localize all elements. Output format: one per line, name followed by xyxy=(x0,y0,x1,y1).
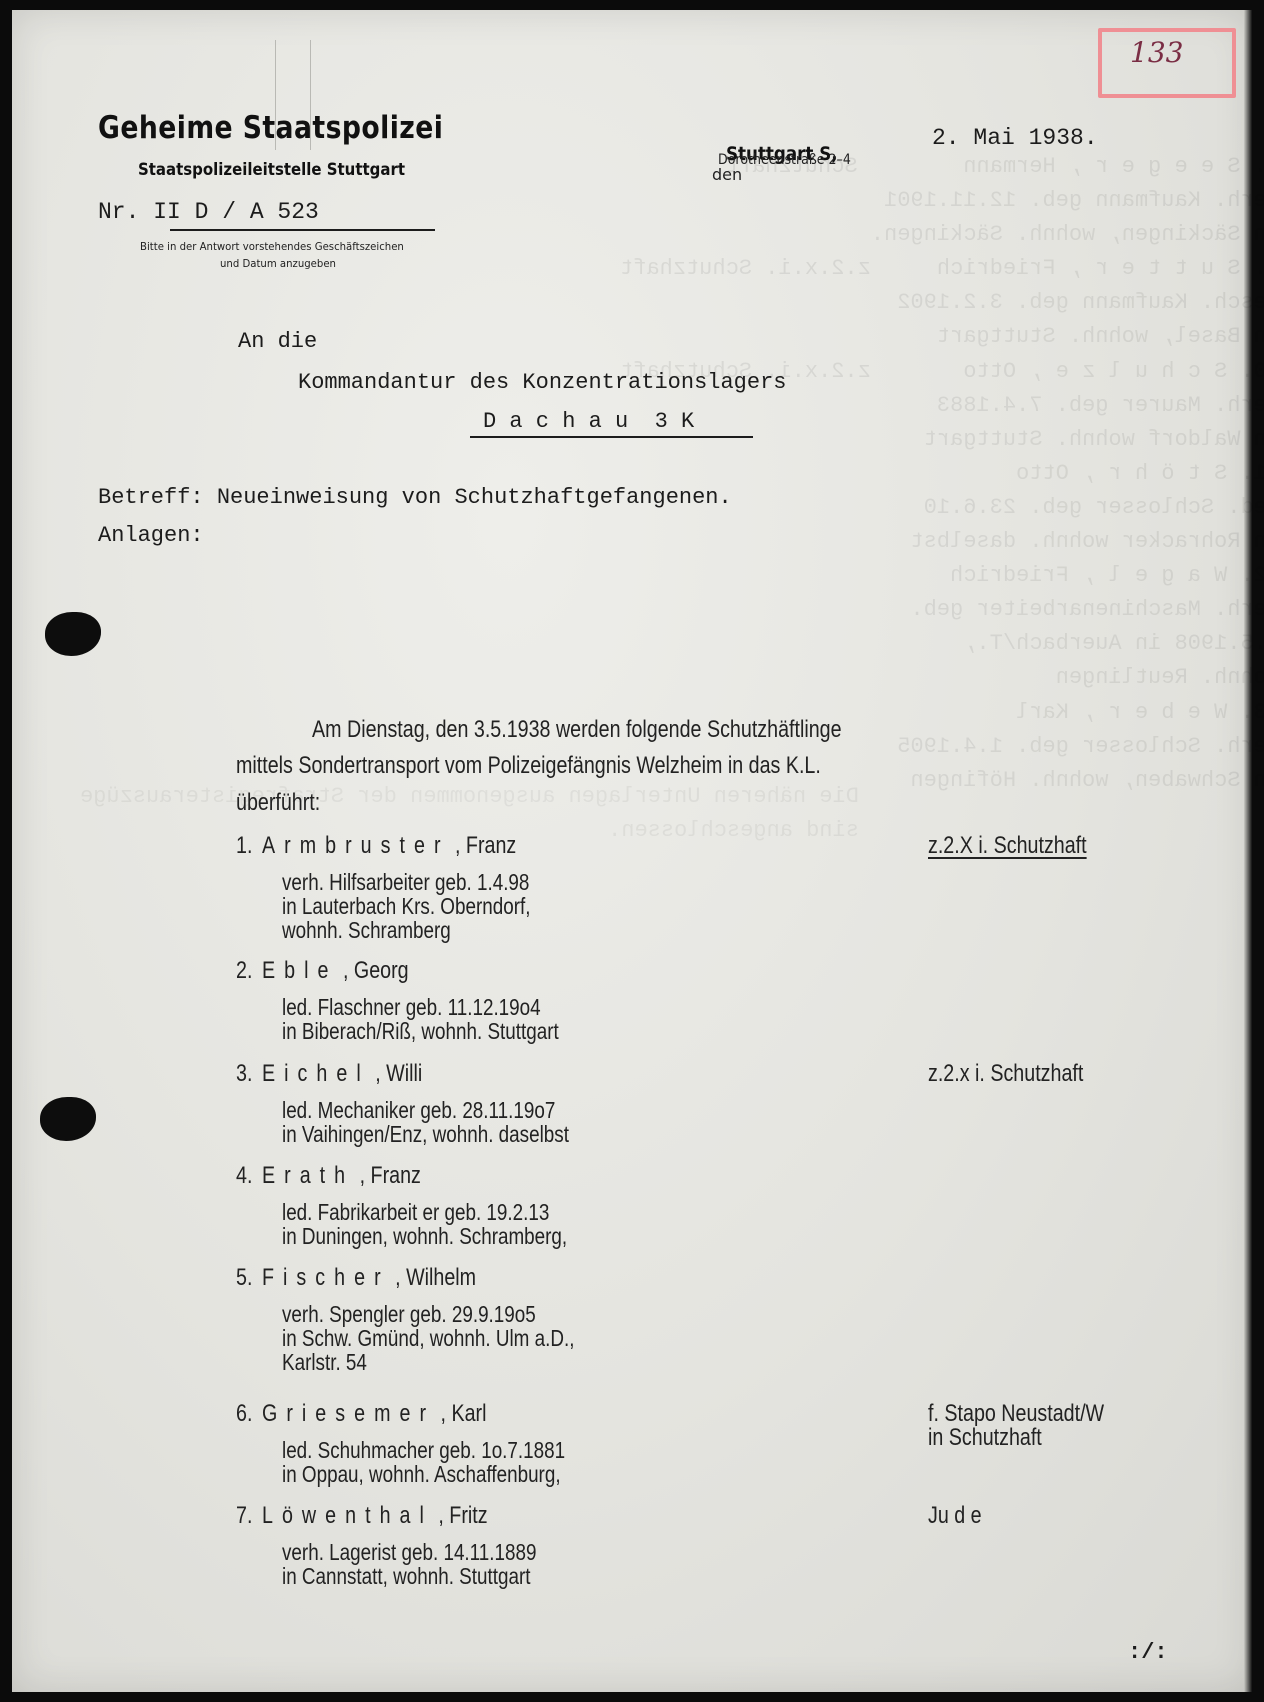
subject-label: Betreff: xyxy=(98,485,204,510)
body-line2: mittels Sondertransport vom Polizeigefän… xyxy=(236,752,821,780)
prisoner-name: Eichel , Willi xyxy=(262,1060,422,1088)
prisoner-surname: Eichel xyxy=(262,1060,370,1087)
body-line1: Am Dienstag, den 3.5.1938 werden folgend… xyxy=(312,716,842,744)
prisoner-name: Löwenthal , Fritz xyxy=(262,1502,488,1530)
bleed-through-text: 8. S e e g e r , Hermann Schutzhaft verh… xyxy=(620,150,1264,798)
prisoner-detail-line: verh. Spengler geb. 29.9.19o5 xyxy=(282,1302,536,1326)
prisoner-detail-line: verh. Lagerist geb. 14.11.1889 xyxy=(282,1540,536,1564)
prisoner-detail-line: in Cannstatt, wohnh. Stuttgart xyxy=(282,1564,530,1588)
reference-note-line2: und Datum anzugeben xyxy=(220,257,336,270)
prisoner-note: z.2.X i. Schutzhaft xyxy=(928,832,1087,860)
prisoner-note: in Schutzhaft xyxy=(928,1424,1042,1452)
prisoner-detail-line: in Duningen, wohnh. Schramberg, xyxy=(282,1224,567,1248)
prisoner-firstname: , Karl xyxy=(435,1400,486,1427)
prisoner-firstname: , Willi xyxy=(370,1060,422,1087)
reference-number: Nr. II D / A 523 xyxy=(98,199,319,225)
prisoner-number: 1. xyxy=(236,832,252,860)
prisoner-number: 4. xyxy=(236,1162,252,1190)
prisoner-number: 5. xyxy=(236,1264,252,1292)
subject-text: Neueinweisung von Schutzhaftgefangenen. xyxy=(217,485,732,510)
prisoner-surname: Griesemer xyxy=(262,1400,435,1427)
recipient-salutation: An die xyxy=(238,329,317,354)
body-line3: überführt: xyxy=(236,789,320,817)
prisoner-name: Erath , Franz xyxy=(262,1162,421,1190)
prisoner-name: Eble , Georg xyxy=(262,957,409,985)
prisoner-number: 7. xyxy=(236,1502,252,1530)
sender-street: Dorotheenstraße 2–4 xyxy=(718,152,851,168)
prisoner-detail-line: verh. Hilfsarbeiter geb. 1.4.98 xyxy=(282,870,529,894)
prisoner-number: 6. xyxy=(236,1400,252,1428)
reference-underline xyxy=(170,229,435,231)
continuation-mark: :/: xyxy=(1128,1640,1168,1665)
prisoner-firstname: , Fritz xyxy=(433,1502,488,1529)
recipient-line2: D a c h a u 3 K xyxy=(483,409,694,434)
recipient-line1: Kommandantur des Konzentrationslagers xyxy=(298,370,786,395)
prisoner-detail-line: Karlstr. 54 xyxy=(282,1350,367,1374)
prisoner-number: 2. xyxy=(236,957,252,985)
office-name: Staatspolizeileitstelle Stuttgart xyxy=(138,160,405,180)
prisoner-name: Armbruster , Franz xyxy=(262,832,516,860)
letter-date: 2. Mai 1938. xyxy=(932,125,1098,151)
prisoner-surname: Erath xyxy=(262,1162,354,1189)
prisoner-surname: Armbruster xyxy=(262,832,450,859)
prisoner-detail-line: led. Schuhmacher geb. 1o.7.1881 xyxy=(282,1438,565,1462)
prisoner-name: Fischer , Wilhelm xyxy=(262,1264,476,1292)
prisoner-surname: Eble xyxy=(262,957,337,984)
prisoner-firstname: , Georg xyxy=(337,957,408,984)
prisoner-detail-line: in Vaihingen/Enz, wohnh. daselbst xyxy=(282,1122,569,1146)
prisoner-note: z.2.x i. Schutzhaft xyxy=(928,1060,1083,1088)
prisoner-note: Ju d e xyxy=(928,1502,982,1530)
prisoner-detail-line: in Schw. Gmünd, wohnh. Ulm a.D., xyxy=(282,1326,574,1350)
prisoner-surname: Fischer xyxy=(262,1264,390,1291)
prisoner-detail-line: in Biberach/Riß, wohnh. Stuttgart xyxy=(282,1019,559,1043)
prisoner-firstname: , Wilhelm xyxy=(390,1264,476,1291)
prisoner-detail-line: wohnh. Schramberg xyxy=(282,918,451,942)
recipient-underline xyxy=(470,436,753,438)
prisoner-name: Griesemer , Karl xyxy=(262,1400,486,1428)
prisoner-surname: Löwenthal xyxy=(262,1502,433,1529)
prisoner-firstname: , Franz xyxy=(450,832,517,859)
prisoner-detail-line: in Lauterbach Krs. Oberndorf, xyxy=(282,894,530,918)
prisoner-detail-line: in Oppau, wohnh. Aschaffenburg, xyxy=(282,1462,561,1486)
agency-name: Geheime Staatspolizei xyxy=(98,110,443,146)
prisoner-firstname: , Franz xyxy=(354,1162,421,1189)
prisoner-number: 3. xyxy=(236,1060,252,1088)
archive-page-number: 133 xyxy=(1130,36,1183,69)
prisoner-detail-line: led. Mechaniker geb. 28.11.19o7 xyxy=(282,1098,555,1122)
subject-line: Betreff: Neueinweisung von Schutzhaftgef… xyxy=(98,485,732,510)
prisoner-detail-line: led. Flaschner geb. 11.12.19o4 xyxy=(282,995,541,1019)
attachments-label: Anlagen: xyxy=(98,523,204,548)
reference-note-line1: Bitte in der Antwort vorstehendes Geschä… xyxy=(140,240,404,253)
prisoner-detail-line: led. Fabrikarbeit er geb. 19.2.13 xyxy=(282,1200,549,1224)
